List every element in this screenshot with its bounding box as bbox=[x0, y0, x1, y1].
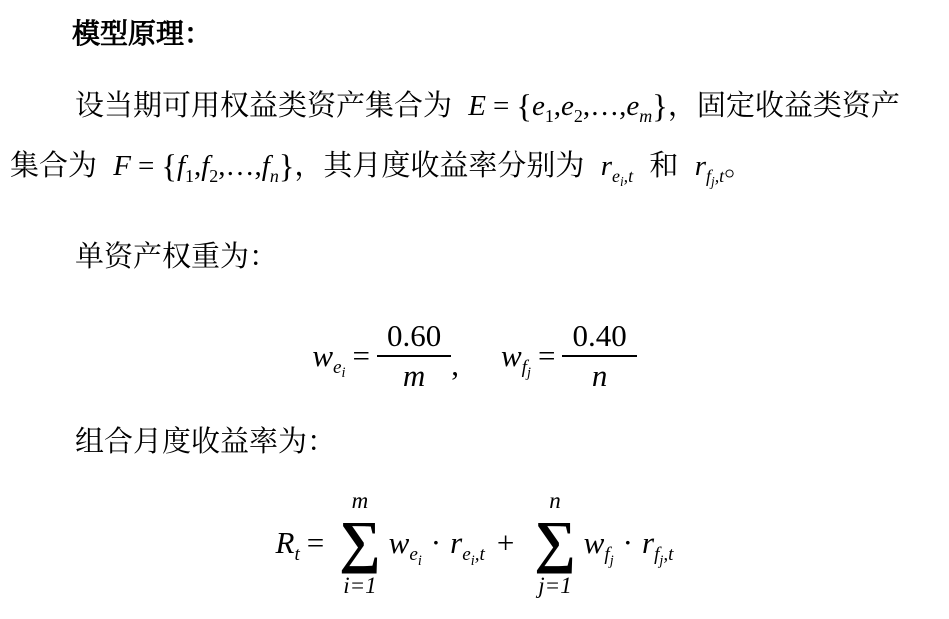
sub-f: f bbox=[604, 544, 609, 565]
sum-lower-limit: i=1 bbox=[343, 574, 376, 597]
equals-sign: = bbox=[138, 150, 154, 182]
subscript-n: n bbox=[270, 166, 279, 186]
summation-equity: m ∑ i=1 bbox=[339, 489, 380, 597]
fraction-numerator: 0.60 bbox=[377, 318, 451, 355]
r-f-term: rfj,t bbox=[642, 525, 674, 561]
math-var-w: w bbox=[584, 525, 605, 560]
math-var-e1: e bbox=[532, 90, 545, 122]
multiply-dot: · bbox=[431, 525, 441, 561]
r-e-term: rei,t bbox=[450, 525, 485, 561]
subsub-i: i bbox=[418, 553, 422, 569]
subsub-i: i bbox=[471, 553, 475, 569]
subsub-i: i bbox=[342, 365, 346, 381]
weights-formula: wei = 0.60 m , wfj = 0.40 n bbox=[0, 318, 949, 393]
sub-t: t bbox=[294, 544, 299, 565]
r-f-subscript: fj,t bbox=[706, 166, 724, 186]
r-e-subscript: ei,t bbox=[462, 544, 485, 565]
math-var-E: E bbox=[468, 90, 486, 122]
fraction-denominator: m bbox=[377, 355, 451, 394]
R-t-term: Rt bbox=[276, 525, 300, 561]
close-brace: } bbox=[652, 89, 668, 125]
w-e-subscript: ei bbox=[409, 544, 421, 565]
subsub-j: j bbox=[711, 174, 715, 189]
math-var-r: r bbox=[450, 525, 462, 560]
return-f-math: rfj,t bbox=[695, 150, 725, 182]
subsub-i: i bbox=[620, 174, 624, 189]
line1-text-2: ，固定收益类资产 bbox=[668, 90, 900, 122]
document-page: 模型原理： 设当期可用权益类资产集合为 E={e1,e2,…,em}，固定收益类… bbox=[0, 0, 949, 619]
fraction-denominator: n bbox=[562, 355, 636, 394]
equals-sign: = bbox=[493, 90, 509, 122]
math-var-e2: e bbox=[561, 90, 574, 122]
r-f-subscript: fj,t bbox=[654, 544, 673, 565]
equals-sign: = bbox=[538, 338, 555, 374]
summation-fixed-income: n ∑ j=1 bbox=[534, 489, 575, 597]
subscript-2: 2 bbox=[209, 166, 218, 186]
sub-tail: ,t bbox=[663, 544, 673, 565]
line1-text: 设当期可用权益类资产集合为 bbox=[75, 90, 452, 122]
close-brace: } bbox=[279, 149, 295, 185]
math-var-f1: f bbox=[177, 150, 185, 182]
math-var-w: w bbox=[501, 338, 522, 373]
subsub-j: j bbox=[659, 553, 663, 569]
fixed-income-set-math: F={f1,f2,…,fn} bbox=[113, 150, 294, 182]
subscript-1: 1 bbox=[185, 166, 194, 186]
sub-tail: ,t bbox=[624, 166, 634, 186]
w-f-subscript: fj bbox=[604, 544, 613, 565]
equity-set-math: E={e1,e2,…,em} bbox=[468, 90, 668, 122]
math-var-F: F bbox=[113, 150, 131, 182]
comma-separator: , bbox=[451, 347, 459, 383]
w-e-term: wei bbox=[389, 525, 422, 561]
line2-text: 集合为 bbox=[10, 150, 97, 182]
and-text: 和 bbox=[649, 150, 678, 182]
subsub-j: j bbox=[610, 553, 614, 569]
math-var-w: w bbox=[389, 525, 410, 560]
paragraph-line-1: 设当期可用权益类资产集合为 E={e1,e2,…,em}，固定收益类资产 bbox=[75, 86, 900, 130]
subscript-1: 1 bbox=[545, 106, 554, 126]
math-var-em: e bbox=[626, 90, 639, 122]
sub-e: e bbox=[333, 357, 342, 378]
equals-sign: = bbox=[352, 338, 369, 374]
w-f-subscript: fj bbox=[522, 357, 531, 378]
math-var-r: r bbox=[695, 150, 706, 182]
weights-label: 单资产权重为： bbox=[75, 238, 278, 277]
sub-tail: ,t bbox=[715, 166, 725, 186]
return-formula: Rt = m ∑ i=1 wei · rei,t + n ∑ j=1 wfj ·… bbox=[0, 489, 949, 597]
subscript-2: 2 bbox=[574, 106, 583, 126]
math-var-r: r bbox=[601, 150, 612, 182]
r-e-subscript: ei,t bbox=[612, 166, 633, 186]
equals-sign: = bbox=[307, 525, 324, 561]
w-f-term: wfj bbox=[584, 525, 614, 561]
sub-e: e bbox=[409, 544, 418, 565]
math-var-R: R bbox=[276, 525, 295, 560]
math-var-r: r bbox=[642, 525, 654, 560]
sigma-icon: ∑ bbox=[534, 515, 575, 568]
comma: , bbox=[554, 90, 561, 122]
sigma-icon: ∑ bbox=[339, 515, 380, 568]
w-e-subscript: ei bbox=[333, 357, 345, 378]
open-brace: { bbox=[161, 149, 177, 185]
multiply-dot: · bbox=[623, 525, 633, 561]
w-e-term: wei bbox=[312, 338, 345, 374]
math-var-w: w bbox=[312, 338, 333, 373]
return-e-math: rei,t bbox=[601, 150, 633, 182]
fraction-numerator: 0.40 bbox=[562, 318, 636, 355]
period: 。 bbox=[724, 150, 753, 182]
ellipsis: ,…, bbox=[218, 150, 262, 182]
math-var-fn: f bbox=[262, 150, 270, 182]
sub-e: e bbox=[612, 166, 620, 186]
fraction-equity: 0.60 m bbox=[377, 318, 451, 393]
sum-lower-limit: j=1 bbox=[538, 574, 571, 597]
fraction-fixed-income: 0.40 n bbox=[562, 318, 636, 393]
sub-e: e bbox=[462, 544, 471, 565]
line2-text-2: ，其月度收益率分别为 bbox=[294, 150, 584, 182]
section-heading: 模型原理： bbox=[72, 12, 212, 52]
ellipsis: ,…, bbox=[583, 90, 627, 122]
sub-tail: ,t bbox=[475, 544, 485, 565]
return-label: 组合月度收益率为： bbox=[75, 423, 336, 462]
plus-sign: + bbox=[497, 525, 514, 561]
open-brace: { bbox=[516, 89, 532, 125]
subscript-m: m bbox=[639, 106, 652, 126]
subsub-j: j bbox=[527, 365, 531, 381]
w-f-term: wfj bbox=[501, 338, 531, 374]
paragraph-line-2: 集合为 F={f1,f2,…,fn}，其月度收益率分别为 rei,t 和 rfj… bbox=[10, 146, 753, 190]
